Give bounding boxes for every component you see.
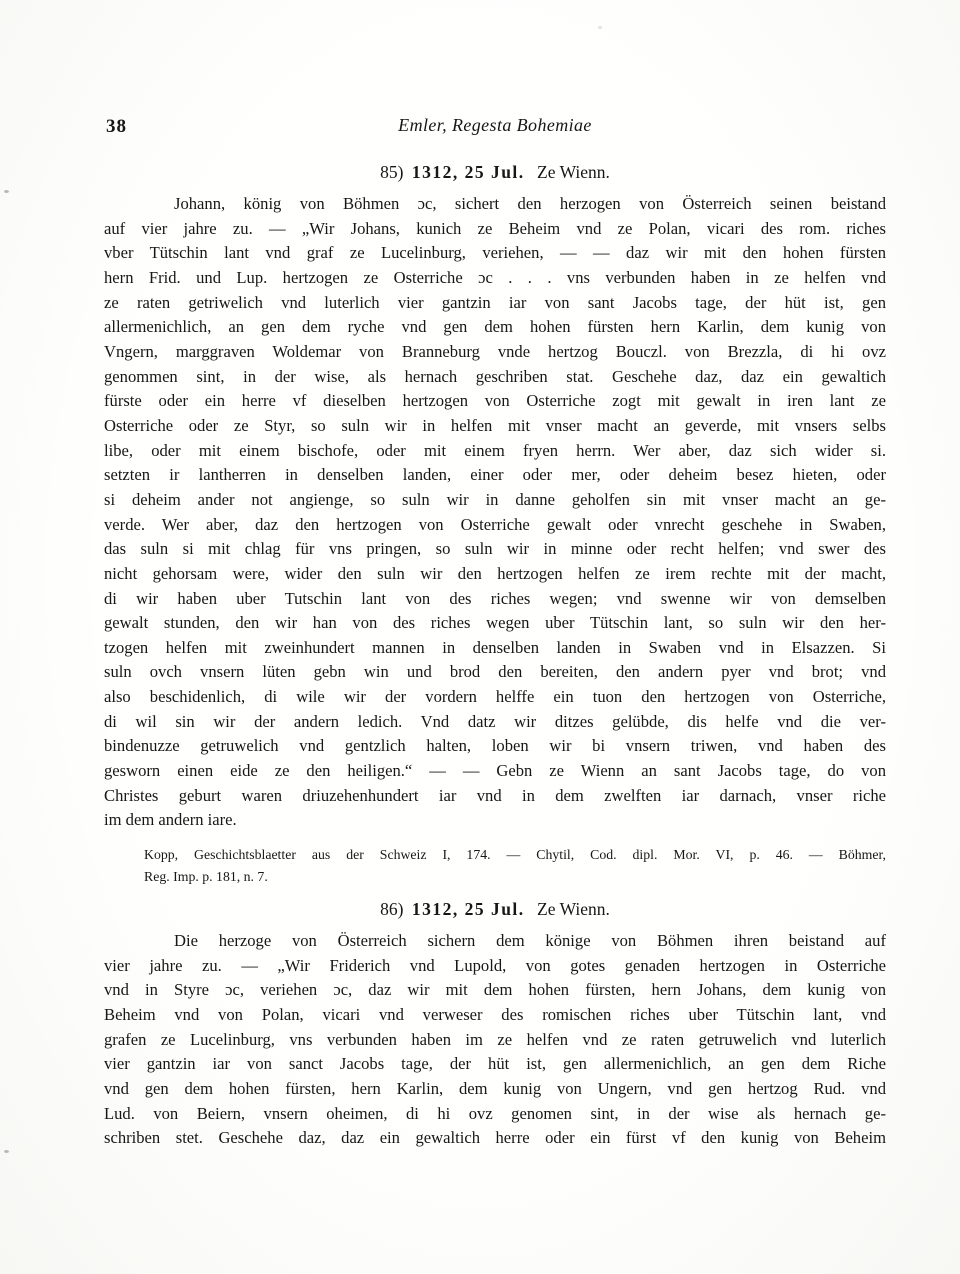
entry-85-number: 85) bbox=[380, 162, 403, 182]
text-line: also beschidenlich, di wile wir der vord… bbox=[104, 685, 886, 710]
citation-line: Kopp, Geschichtsblaetter aus der Schweiz… bbox=[144, 844, 886, 866]
entry-85-citation: Kopp, Geschichtsblaetter aus der Schweiz… bbox=[144, 844, 886, 887]
entry-86-heading: 86) 1312, 25 Jul. Ze Wienn. bbox=[104, 899, 886, 920]
text-line: Beheim vnd von Polan, vicari vnd verwese… bbox=[104, 1003, 886, 1028]
scan-speck bbox=[4, 1150, 9, 1153]
text-line: fürste oder ein herre vf dieselben hertz… bbox=[104, 389, 886, 414]
text-line: vier gantzin iar von sanct Jacobs tage, … bbox=[104, 1052, 886, 1077]
entry-86-date: 1312, 25 Jul. bbox=[412, 899, 525, 919]
entry-85-body: Johann, könig von Böhmen ɔc, sichert den… bbox=[104, 192, 886, 833]
text-line: gewalt stunden, den wir han von des rich… bbox=[104, 611, 886, 636]
text-line: allermenichlich, an gen dem ryche vnd ge… bbox=[104, 315, 886, 340]
text-line: ze raten getriwelich vnd luterlich vier … bbox=[104, 291, 886, 316]
text-line: grafen ze Lucelinburg, vns verbunden hab… bbox=[104, 1028, 886, 1053]
entry-85-place: Ze Wienn. bbox=[537, 162, 610, 182]
text-line: nicht gehorsam were, wider den suln wir … bbox=[104, 562, 886, 587]
text-line: vnd gen dem hohen fürsten, hern Karlin, … bbox=[104, 1077, 886, 1102]
text-line: vier jahre zu. — „Wir Friderich vnd Lupo… bbox=[104, 954, 886, 979]
text-line: bindenuzze getruwelich vnd gentzlich hal… bbox=[104, 734, 886, 759]
text-line: vnd in Styre ɔc, veriehen ɔc, daz wir mi… bbox=[104, 978, 886, 1003]
running-title: Emler, Regesta Bohemiae bbox=[104, 115, 886, 136]
scanned-book-page: 38 Emler, Regesta Bohemiae 85) 1312, 25 … bbox=[0, 0, 960, 1274]
text-line: Vngern, marggraven Woldemar von Brannebu… bbox=[104, 340, 886, 365]
text-line: suln ovch vnsern lüten gebn win und brod… bbox=[104, 660, 886, 685]
text-line: im dem andern iare. bbox=[104, 808, 886, 833]
text-line: hern Frid. und Lup. hertzogen ze Osterri… bbox=[104, 266, 886, 291]
text-line: verde. Wer aber, daz den hertzogen von O… bbox=[104, 513, 886, 538]
text-line: tzogen helfen mit zweinhundert mannen in… bbox=[104, 636, 886, 661]
entry-85-date: 1312, 25 Jul. bbox=[412, 162, 525, 182]
running-head: 38 Emler, Regesta Bohemiae bbox=[104, 115, 886, 141]
citation-line: Reg. Imp. p. 181, n. 7. bbox=[144, 866, 886, 888]
text-line: libe, oder mit einem bischofe, oder mit … bbox=[104, 439, 886, 464]
entry-86-place: Ze Wienn. bbox=[537, 899, 610, 919]
text-line: si deheim ander not angienge, so suln wi… bbox=[104, 488, 886, 513]
text-line: das suln si mit chlag für vns pringen, s… bbox=[104, 537, 886, 562]
text-line: Osterriche oder ze Styr, so suln wir in … bbox=[104, 414, 886, 439]
text-line: Johann, könig von Böhmen ɔc, sichert den… bbox=[104, 192, 886, 217]
text-line: Die herzoge von Österreich sichern dem k… bbox=[104, 929, 886, 954]
text-line: gesworn einen eide ze den heiligen.“ — —… bbox=[104, 759, 886, 784]
entry-86-body: Die herzoge von Österreich sichern dem k… bbox=[104, 929, 886, 1151]
text-line: schriben stet. Geschehe daz, daz ein gew… bbox=[104, 1126, 886, 1151]
text-line: di wir haben uber Tutschin lant von des … bbox=[104, 587, 886, 612]
entry-86-number: 86) bbox=[380, 899, 403, 919]
text-line: vber Tütschin lant vnd graf ze Lucelinbu… bbox=[104, 241, 886, 266]
scan-speck bbox=[598, 26, 602, 29]
text-line: Lud. von Beiern, vnsern oheimen, di hi o… bbox=[104, 1102, 886, 1127]
scan-speck bbox=[4, 190, 9, 193]
entry-85-heading: 85) 1312, 25 Jul. Ze Wienn. bbox=[104, 162, 886, 183]
text-line: setzten ir lantherren in denselben lande… bbox=[104, 463, 886, 488]
text-line: di wil sin wir der andern ledich. Vnd da… bbox=[104, 710, 886, 735]
text-line: Christes geburt waren driuzehenhundert i… bbox=[104, 784, 886, 809]
text-line: genommen sint, in der wise, als hernach … bbox=[104, 365, 886, 390]
text-line: auf vier jahre zu. — „Wir Johans, kunich… bbox=[104, 217, 886, 242]
